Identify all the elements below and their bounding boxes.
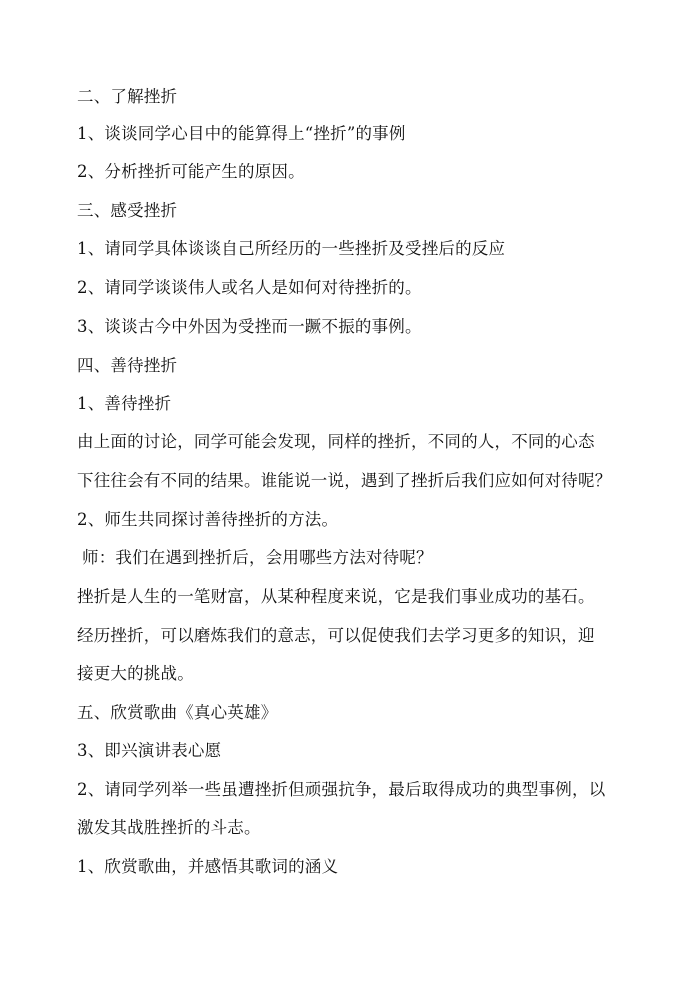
list-item: 1、善待挫折	[77, 394, 171, 414]
list-item: 3、即兴演讲表心愿	[77, 741, 221, 761]
list-item: 1、请同学具体谈谈自己所经历的一些挫折及受挫后的反应	[77, 239, 505, 259]
list-item: 1、欣赏歌曲，并感悟其歌词的涵义	[77, 857, 338, 877]
list-item: 2、师生共同探讨善待挫折的方法。	[77, 510, 338, 530]
section-heading-feel-frustration: 三、感受挫折	[77, 201, 177, 221]
paragraph-line: 激发其战胜挫折的斗志。	[77, 818, 261, 838]
list-item: 2、请同学谈谈伟人或名人是如何对待挫折的。	[77, 278, 422, 298]
paragraph-line: 经历挫折，可以磨炼我们的意志，可以促使我们去学习更多的知识，迎	[77, 626, 595, 646]
teacher-question: 师：我们在遇到挫折后，会用哪些方法对待呢？	[82, 548, 433, 568]
list-item: 1、谈谈同学心目中的能算得上“挫折”的事例	[77, 124, 406, 144]
document-page: 二、了解挫折 1、谈谈同学心目中的能算得上“挫折”的事例 2、分析挫折可能产生的…	[0, 0, 695, 982]
section-heading-song: 五、欣赏歌曲《真心英雄》	[77, 703, 277, 723]
paragraph-line: 接更大的挑战。	[77, 664, 194, 684]
list-item: 2、分析挫折可能产生的原因。	[77, 162, 305, 182]
list-item: 2、请同学列举一些虽遭挫折但顽强抗争，最后取得成功的典型事例，以	[77, 780, 605, 800]
paragraph-line: 由上面的讨论，同学可能会发现，同样的挫折，不同的人，不同的心态	[77, 432, 595, 452]
paragraph-line: 挫折是人生的一笔财富，从某种程度来说，它是我们事业成功的基石。	[77, 587, 595, 607]
list-item: 3、谈谈古今中外因为受挫而一蹶不振的事例。	[77, 317, 422, 337]
paragraph-line: 下往往会有不同的结果。谁能说一说，遇到了挫折后我们应如何对待呢？	[77, 471, 611, 491]
section-heading-treat-frustration: 四、善待挫折	[77, 356, 177, 376]
section-heading-understand-frustration: 二、了解挫折	[77, 87, 177, 107]
